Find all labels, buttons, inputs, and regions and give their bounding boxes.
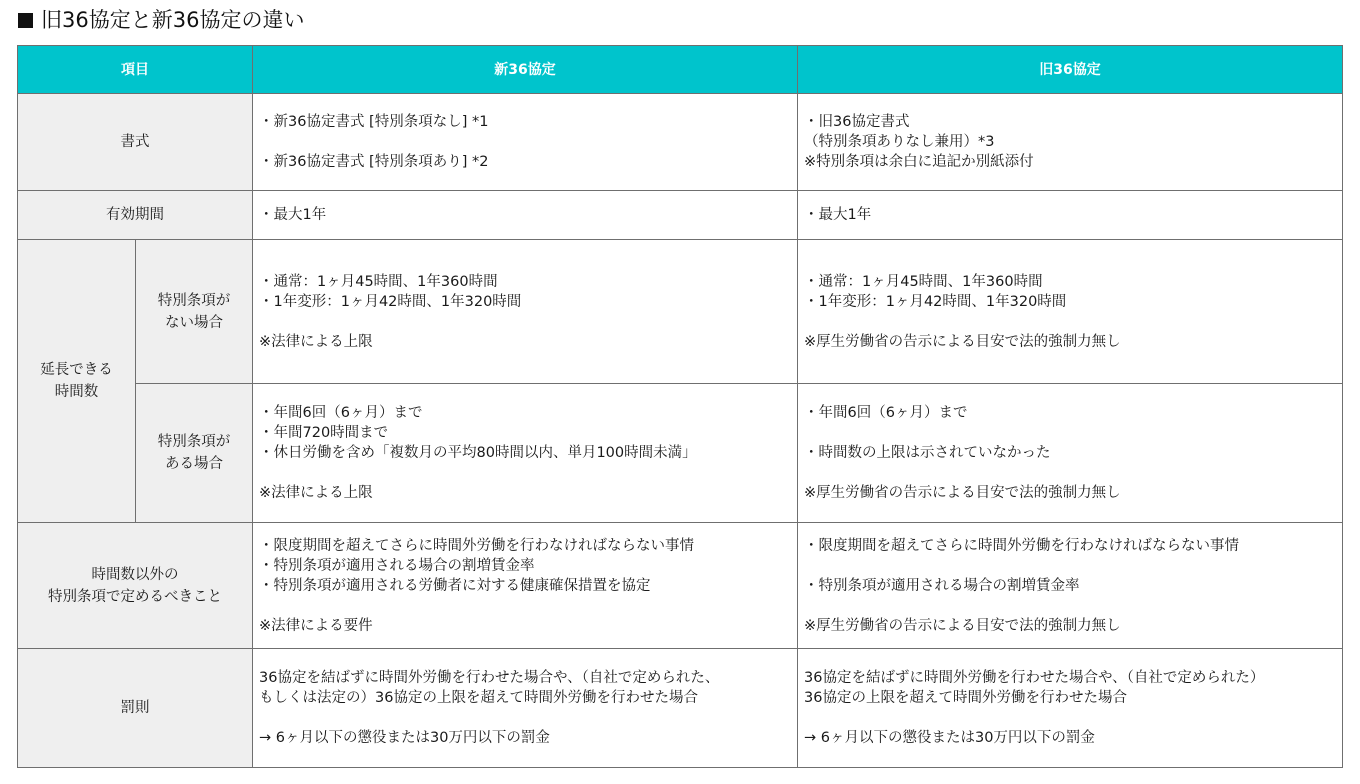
table-row-format: 書式 ・新36協定書式 [特別条項なし] *1 ・新36協定書式 [特別条項あり… xyxy=(18,94,1343,191)
cell-period-new: ・最大1年 xyxy=(253,191,798,240)
cell-line: ・特別条項が適用される場合の割増賃金率 xyxy=(259,556,791,576)
cell-other-old: ・限度期間を超えてさらに時間外労働を行わなければならない事情 ・特別条項が適用さ… xyxy=(798,523,1343,649)
table-row-extension-with-special: 特別条項が ある場合 ・年間6回（6ヶ月）まで ・年間720時間まで ・休日労働… xyxy=(18,384,1343,523)
table-row-period: 有効期間 ・最大1年 ・最大1年 xyxy=(18,191,1343,240)
cell-line: → 6ヶ月以下の懲役または30万円以下の罰金 xyxy=(259,728,791,748)
cell-line: ・通常：1ヶ月45時間、1年360時間 xyxy=(804,272,1336,292)
cell-other-new: ・限度期間を超えてさらに時間外労働を行わなければならない事情 ・特別条項が適用さ… xyxy=(253,523,798,649)
cell-ext-with-old: ・年間6回（6ヶ月）まで ・時間数の上限は示されていなかった ※厚生労働省の告示… xyxy=(798,384,1343,523)
cell-line: ※法律による上限 xyxy=(259,483,791,503)
cell-line: ※厚生労働省の告示による目安で法的強制力無し xyxy=(804,483,1336,503)
page-title-text: 旧36協定と新36協定の違い xyxy=(41,5,304,35)
cell-line: ・特別条項が適用される労働者に対する健康確保措置を協定 xyxy=(259,576,791,596)
cell-line: ※厚生労働省の告示による目安で法的強制力無し xyxy=(804,616,1336,636)
cell-line: （特別条項ありなし兼用）*3 xyxy=(804,132,1336,152)
cell-line: ※法律による要件 xyxy=(259,616,791,636)
cell-line: ・1年変形：1ヶ月42時間、1年320時間 xyxy=(804,292,1336,312)
table-row-extension-without-special: 延長できる 時間数 特別条項が ない場合 ・通常：1ヶ月45時間、1年360時間… xyxy=(18,240,1343,384)
cell-line: ・通常：1ヶ月45時間、1年360時間 xyxy=(259,272,791,292)
cell-line: ※特別条項は余白に追記か別紙添付 xyxy=(804,152,1336,172)
cell-line: ・年間6回（6ヶ月）まで xyxy=(804,403,1336,423)
cell-line: ・年間6回（6ヶ月）まで xyxy=(259,403,791,423)
cell-line: ・限度期間を超えてさらに時間外労働を行わなければならない事情 xyxy=(804,536,1336,556)
cell-ext-with-new: ・年間6回（6ヶ月）まで ・年間720時間まで ・休日労働を含め「複数月の平均8… xyxy=(253,384,798,523)
row-label-extension: 延長できる 時間数 xyxy=(18,240,136,523)
cell-line: ・新36協定書式 [特別条項なし] *1 xyxy=(259,112,791,132)
cell-penalty-new: 36協定を結ばずに時間外労働を行わせた場合や、（自社で定められた、 もしくは法定… xyxy=(253,649,798,768)
cell-line: ・限度期間を超えてさらに時間外労働を行わなければならない事情 xyxy=(259,536,791,556)
cell-line: 36協定を結ばずに時間外労働を行わせた場合や、（自社で定められた） xyxy=(804,668,1336,688)
header-old-36: 旧36協定 xyxy=(798,46,1343,94)
cell-ext-without-new: ・通常：1ヶ月45時間、1年360時間 ・1年変形：1ヶ月42時間、1年320時… xyxy=(253,240,798,384)
table-row-penalty: 罰則 36協定を結ばずに時間外労働を行わせた場合や、（自社で定められた、 もしく… xyxy=(18,649,1343,768)
cell-line: ※厚生労働省の告示による目安で法的強制力無し xyxy=(804,332,1336,352)
cell-line: もしくは法定の）36協定の上限を超えて時間外労働を行わせた場合 xyxy=(259,688,791,708)
black-square-icon xyxy=(18,13,33,28)
row-label-period: 有効期間 xyxy=(18,191,253,240)
table-row-other-requirements: 時間数以外の 特別条項で定めるべきこと ・限度期間を超えてさらに時間外労働を行わ… xyxy=(18,523,1343,649)
cell-line: → 6ヶ月以下の懲役または30万円以下の罰金 xyxy=(804,728,1336,748)
cell-line: ※法律による上限 xyxy=(259,332,791,352)
cell-line: 36協定の上限を超えて時間外労働を行わせた場合 xyxy=(804,688,1336,708)
cell-line: ・休日労働を含め「複数月の平均80時間以内、単月100時間未満」 xyxy=(259,443,791,463)
cell-line: ・1年変形：1ヶ月42時間、1年320時間 xyxy=(259,292,791,312)
row-label-other: 時間数以外の 特別条項で定めるべきこと xyxy=(18,523,253,649)
row-label-format: 書式 xyxy=(18,94,253,191)
cell-line: 36協定を結ばずに時間外労働を行わせた場合や、（自社で定められた、 xyxy=(259,668,791,688)
page-title: 旧36協定と新36協定の違い xyxy=(18,5,304,35)
cell-line: ・特別条項が適用される場合の割増賃金率 xyxy=(804,576,1336,596)
sub-label-with-special: 特別条項が ある場合 xyxy=(136,384,253,523)
cell-line: ・旧36協定書式 xyxy=(804,112,1336,132)
header-new-36: 新36協定 xyxy=(253,46,798,94)
cell-format-old: ・旧36協定書式 （特別条項ありなし兼用）*3 ※特別条項は余白に追記か別紙添付 xyxy=(798,94,1343,191)
table-header-row: 項目 新36協定 旧36協定 xyxy=(18,46,1343,94)
cell-line: ・時間数の上限は示されていなかった xyxy=(804,443,1336,463)
cell-format-new: ・新36協定書式 [特別条項なし] *1 ・新36協定書式 [特別条項あり] *… xyxy=(253,94,798,191)
cell-penalty-old: 36協定を結ばずに時間外労働を行わせた場合や、（自社で定められた） 36協定の上… xyxy=(798,649,1343,768)
row-label-penalty: 罰則 xyxy=(18,649,253,768)
comparison-table: 項目 新36協定 旧36協定 書式 ・新36協定書式 [特別条項なし] *1 ・… xyxy=(17,45,1343,768)
cell-period-old: ・最大1年 xyxy=(798,191,1343,240)
header-item: 項目 xyxy=(18,46,253,94)
cell-line: ・年間720時間まで xyxy=(259,423,791,443)
cell-line: ・新36協定書式 [特別条項あり] *2 xyxy=(259,152,791,172)
cell-ext-without-old: ・通常：1ヶ月45時間、1年360時間 ・1年変形：1ヶ月42時間、1年320時… xyxy=(798,240,1343,384)
sub-label-without-special: 特別条項が ない場合 xyxy=(136,240,253,384)
